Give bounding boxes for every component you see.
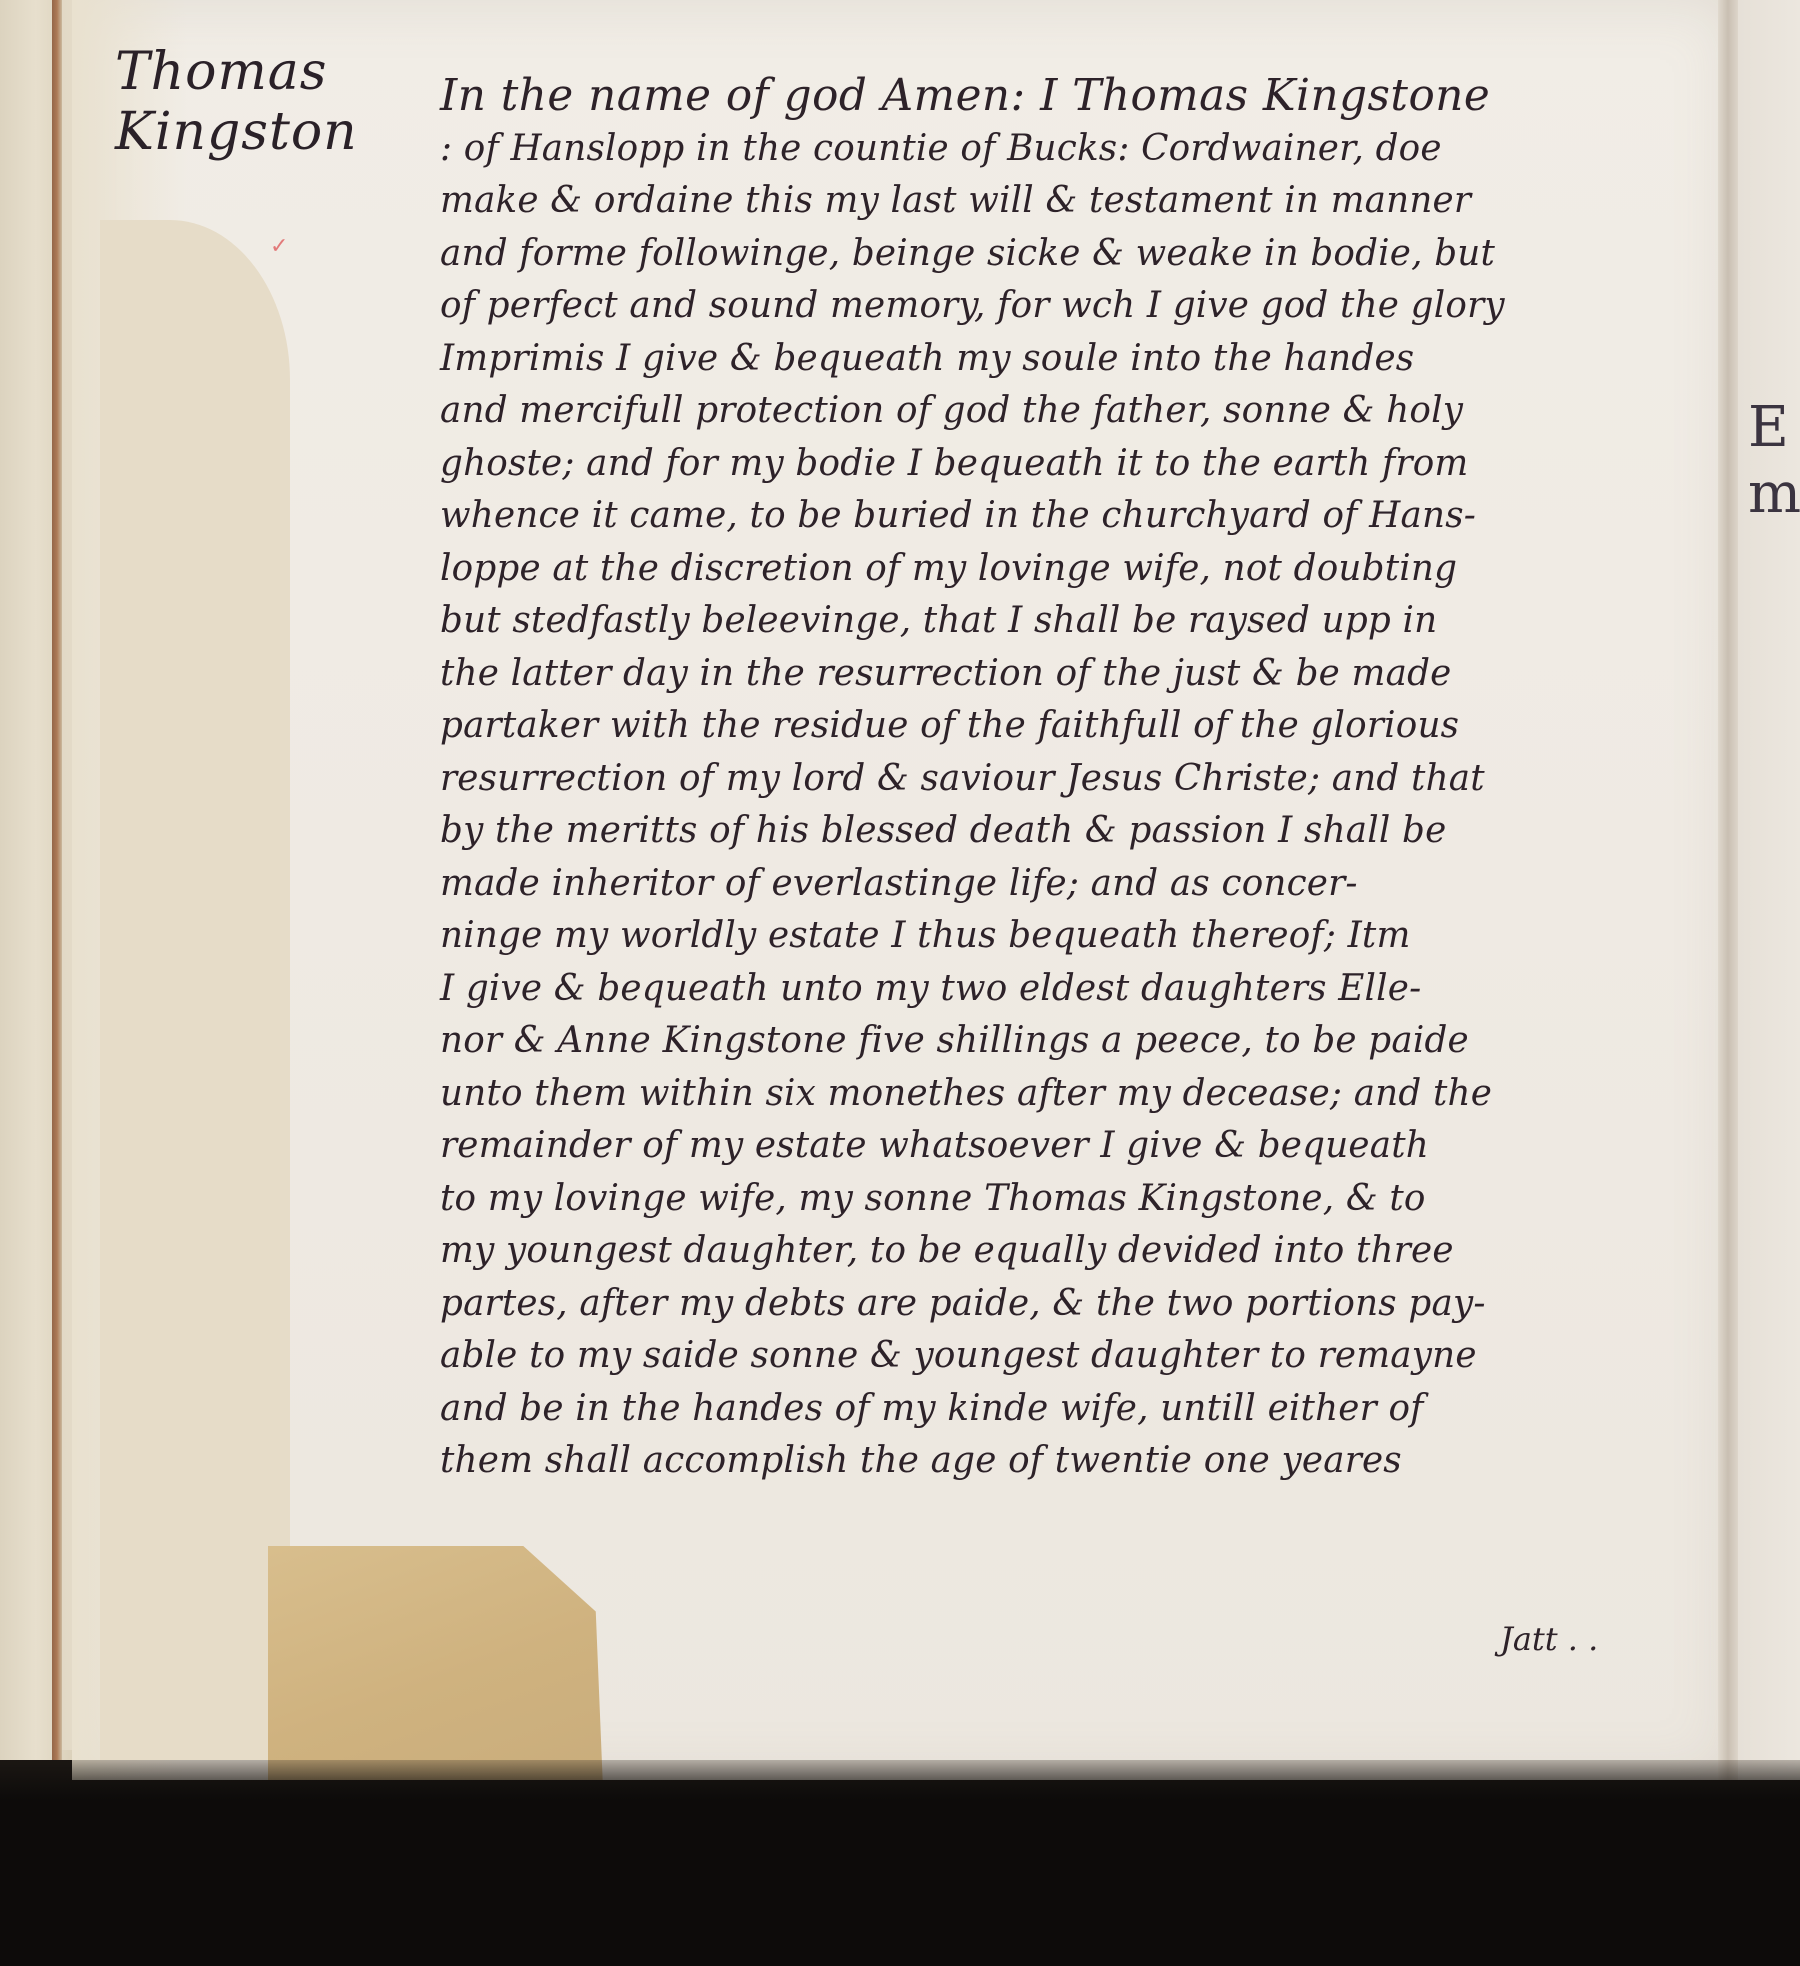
text-line: unto them within six monethes after my d…: [440, 1068, 1710, 1121]
text-line: I give & bequeath unto my two eldest dau…: [440, 963, 1710, 1016]
facing-page-text: E m: [1748, 395, 1800, 527]
marginal-heading: Thomas Kingston: [115, 42, 358, 162]
text-line: them shall accomplish the age of twentie…: [440, 1435, 1710, 1488]
text-line: able to my saide sonne & youngest daught…: [440, 1330, 1710, 1383]
facing-letter: m: [1748, 461, 1800, 527]
guard-strip: [100, 220, 290, 1760]
will-text: In the name of god Amen: I Thomas Kingst…: [440, 70, 1720, 1488]
margin-surname: Kingston: [115, 102, 358, 162]
text-line: but stedfastly beleevinge, that I shall …: [440, 595, 1710, 648]
text-line: made inheritor of everlastinge life; and…: [440, 858, 1710, 911]
text-line: resurrection of my lord & saviour Jesus …: [440, 753, 1710, 806]
check-mark-icon: ✓: [270, 234, 288, 259]
text-line: my youngest daughter, to be equally devi…: [440, 1225, 1710, 1278]
margin-forename: Thomas: [115, 42, 358, 102]
text-line: and forme followinge, beinge sicke & wea…: [440, 228, 1710, 281]
text-line: the latter day in the resurrection of th…: [440, 648, 1710, 701]
text-line: partaker with the residue of the faithfu…: [440, 700, 1710, 753]
text-line: to my lovinge wife, my sonne Thomas King…: [440, 1173, 1710, 1226]
facing-letter: E: [1748, 395, 1800, 461]
catchword: Jatt . .: [1500, 1620, 1598, 1658]
text-line: and mercifull protection of god the fath…: [440, 385, 1710, 438]
text-line: partes, after my debts are paide, & the …: [440, 1278, 1710, 1331]
text-line: of perfect and sound memory, for wch I g…: [440, 280, 1710, 333]
text-line: nor & Anne Kingstone five shillings a pe…: [440, 1015, 1710, 1068]
text-line: loppe at the discretion of my lovinge wi…: [440, 543, 1710, 596]
manuscript-scan: E m Thomas Kingston ✓ In the name of god…: [0, 0, 1800, 1966]
text-line: whence it came, to be buried in the chur…: [440, 490, 1710, 543]
text-line: : of Hanslopp in the countie of Bucks: C…: [440, 123, 1710, 176]
text-line: In the name of god Amen: I Thomas Kingst…: [440, 70, 1710, 123]
text-line: by the meritts of his blessed death & pa…: [440, 805, 1710, 858]
table-surface: [0, 1760, 1800, 1800]
repair-patch: [268, 1546, 613, 1780]
facing-page: [1738, 0, 1800, 1780]
text-line: ghoste; and for my bodie I bequeath it t…: [440, 438, 1710, 491]
text-line: remainder of my estate whatsoever I give…: [440, 1120, 1710, 1173]
binding-edge: [52, 0, 62, 1760]
text-line: Imprimis I give & bequeath my soule into…: [440, 333, 1710, 386]
book-gutter: [1718, 0, 1738, 1780]
text-line: make & ordaine this my last will & testa…: [440, 175, 1710, 228]
text-line: and be in the handes of my kinde wife, u…: [440, 1383, 1710, 1436]
text-line: ninge my worldly estate I thus bequeath …: [440, 910, 1710, 963]
